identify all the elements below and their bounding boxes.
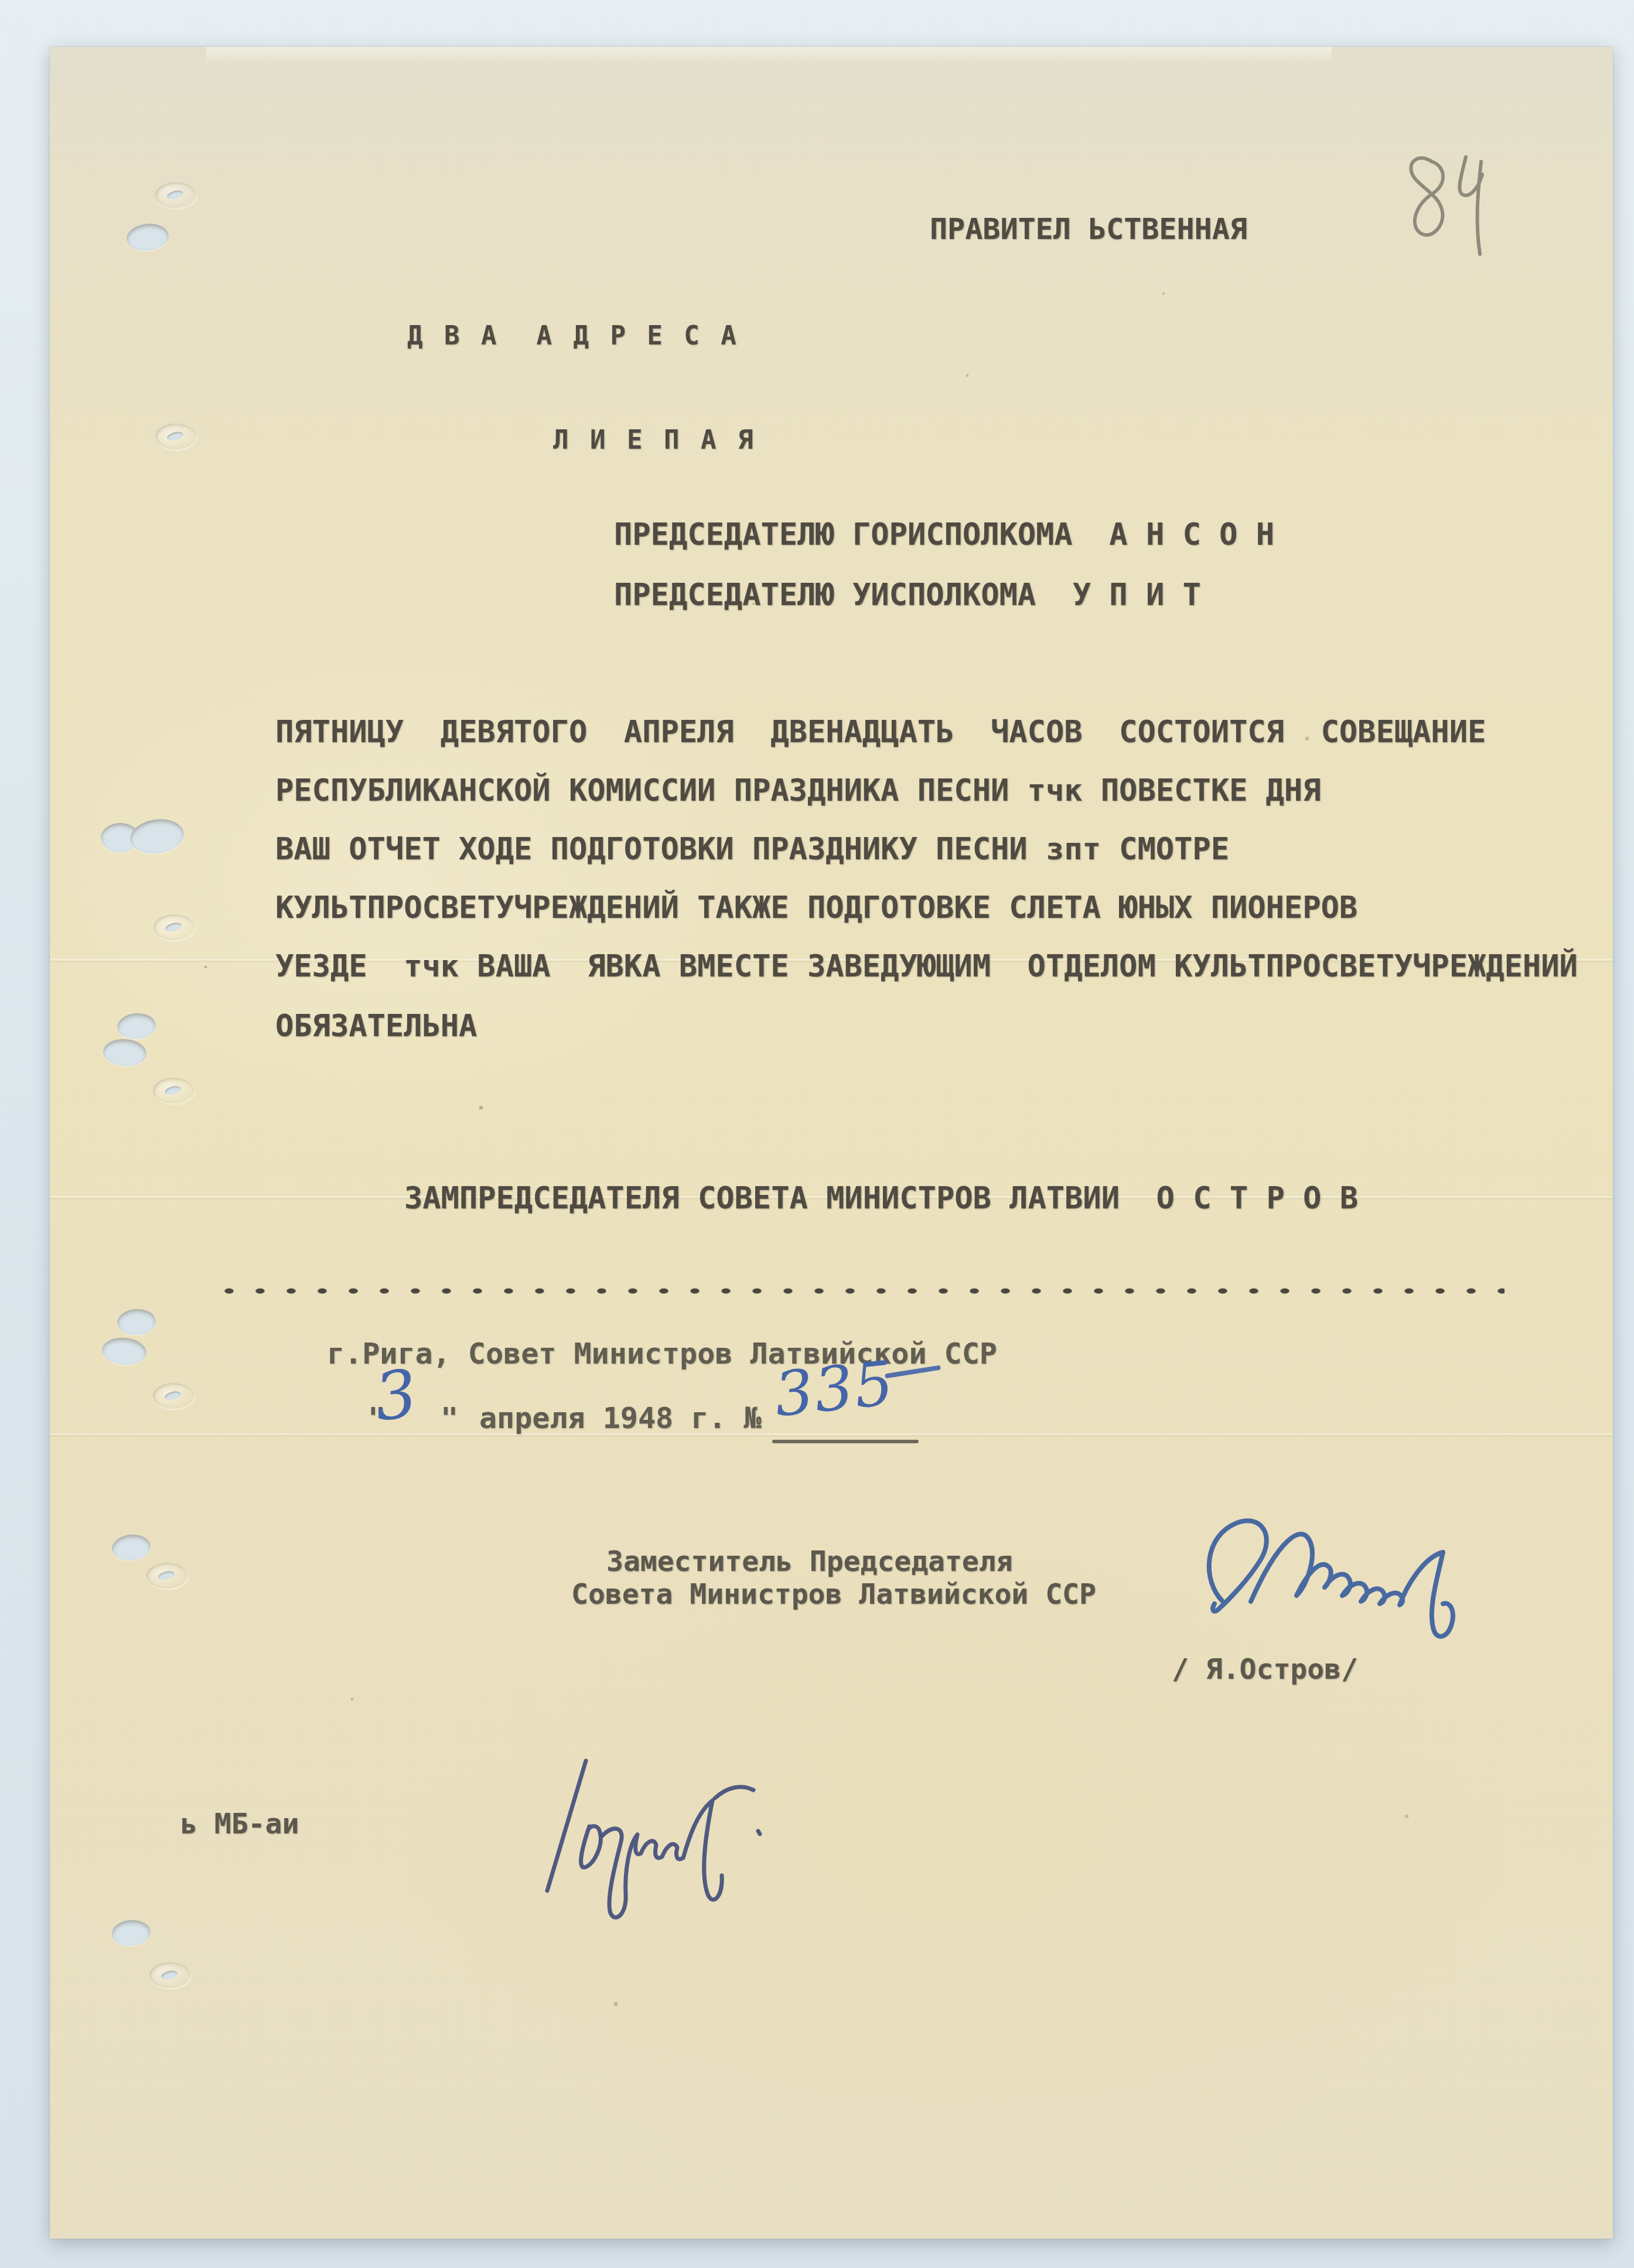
scanned-telegram-page: { "page_number": "84", "telegram": { "cl… xyxy=(0,0,1634,2268)
typed-signatory-name: / Я.Остров/ xyxy=(1172,1653,1358,1686)
ostrov-signature xyxy=(1163,1487,1509,1651)
number-underline xyxy=(772,1440,919,1443)
recipient-line: ПРЕДСЕДАТЕЛЮ ГОРИСПОЛКОМА А Н С О Н xyxy=(614,517,1274,552)
punch-crimp-mark xyxy=(149,1962,190,1988)
address-count-line: Д В А А Д Р Е С А xyxy=(407,321,739,351)
punch-hole xyxy=(116,1012,157,1041)
typist-code: ь МБ-аи xyxy=(180,1808,299,1840)
punch-hole xyxy=(102,1037,147,1067)
punch-crimp-mark xyxy=(155,423,196,449)
handwritten-number: 335 xyxy=(771,1347,898,1431)
punch-crimp-mark xyxy=(146,1563,187,1589)
punch-crimp-mark xyxy=(153,914,195,940)
classification-label: ПРАВИТЕЛ ЬСТВЕННАЯ xyxy=(930,212,1247,246)
punch-crimp-mark xyxy=(153,1078,194,1104)
handwritten-page-number xyxy=(1383,135,1500,264)
paper-speckles xyxy=(50,47,51,48)
signatory-title-line: Совета Министров Латвийской ССР xyxy=(571,1578,1096,1611)
telegram-body-line: ОБЯЗАТЕЛЬНА xyxy=(275,1009,477,1044)
issuing-org-line: г.Рига, Совет Министров Латвийской ССР xyxy=(327,1337,997,1371)
sender-line: ЗАМПРЕДСЕДАТЕЛЯ СОВЕТА МИНИСТРОВ ЛАТВИИ … xyxy=(404,1181,1358,1216)
recipient-line: ПРЕДСЕДАТЕЛЮ УИСПОЛКОМА У П И Т xyxy=(614,578,1201,613)
dashed-separator xyxy=(221,1286,1505,1296)
punch-hole xyxy=(101,1336,148,1367)
city-line: Л И Е П А Я xyxy=(553,425,756,455)
punch-hole xyxy=(111,1533,152,1563)
punch-hole xyxy=(128,816,186,857)
signatory-title-line: Заместитель Председателя xyxy=(606,1545,1013,1578)
punch-hole xyxy=(117,1308,157,1336)
date-month-year: апреля 1948 г. № xyxy=(479,1401,762,1435)
punch-crimp-mark xyxy=(155,182,196,208)
punch-hole xyxy=(125,221,170,252)
receipt-signature xyxy=(521,1744,779,1926)
document-page: ПРАВИТЕЛ ЬСТВЕННАЯ Д В А А Д Р Е С А Л И… xyxy=(50,47,1613,2239)
punch-crimp-mark xyxy=(153,1383,194,1409)
month-year-text: апреля 1948 г. xyxy=(479,1401,726,1435)
number-sign: № xyxy=(744,1401,762,1435)
telegram-body-line: РЕСПУБЛИКАНСКОЙ КОМИССИИ ПРАЗДНИКА ПЕСНИ… xyxy=(275,773,1321,808)
telegram-body-line: КУЛЬТПРОСВЕТУЧРЕЖДЕНИЙ ТАКЖЕ ПОДГОТОВКЕ … xyxy=(275,890,1357,925)
date-quote-close: " xyxy=(441,1401,458,1435)
paper-crease xyxy=(50,1433,1613,1435)
punch-hole xyxy=(111,1919,152,1947)
telegram-body-line: УЕЗДЕ тчк ВАША ЯВКА ВМЕСТЕ ЗАВЕДУЮЩИМ ОТ… xyxy=(275,949,1578,984)
telegram-body-line: ПЯТНИЦУ ДЕВЯТОГО АПРЕЛЯ ДВЕНАДЦАТЬ ЧАСОВ… xyxy=(275,715,1486,750)
telegram-body-line: ВАШ ОТЧЕТ ХОДЕ ПОДГОТОВКИ ПРАЗДНИКУ ПЕСН… xyxy=(275,832,1229,867)
